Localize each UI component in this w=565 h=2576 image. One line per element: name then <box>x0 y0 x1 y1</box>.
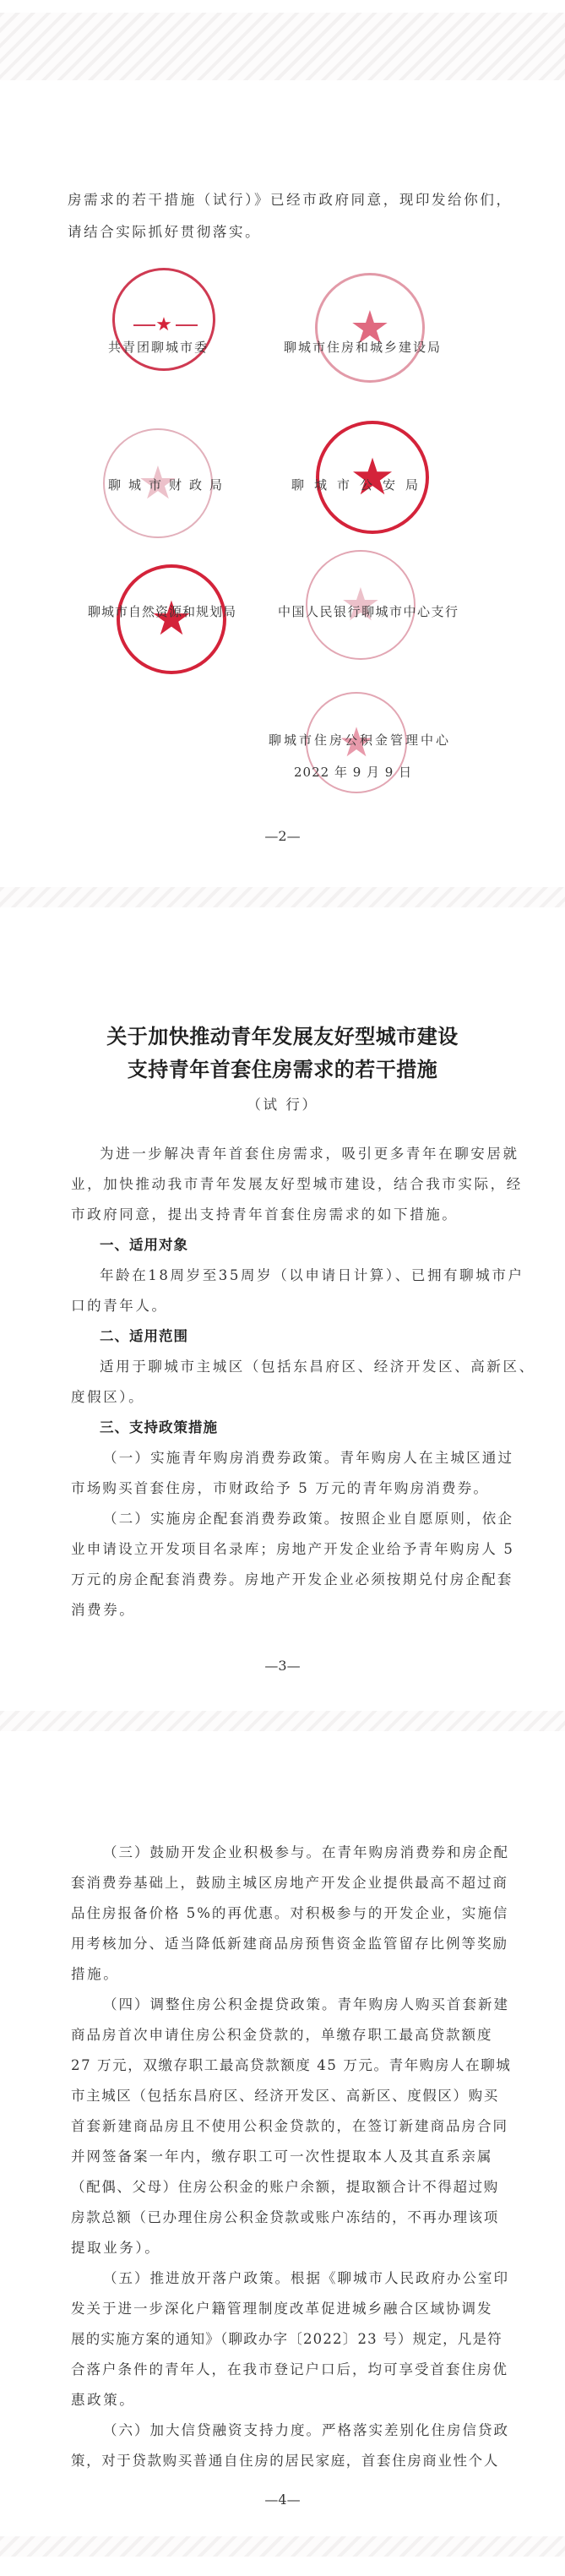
paragraph-line: 业申请设立开发项目名录库；房地产开发企业给予青年购房人 5 <box>71 1538 514 1558</box>
paragraph-line: 房款总额（已办理住房公积金贷款或账户冻结的，不再办理该项 <box>71 2206 499 2226</box>
paragraph-line: 口的青年人。 <box>71 1294 168 1315</box>
section-heading: 二、适用范围 <box>100 1325 188 1345</box>
paragraph-line: （四）调整住房公积金提贷政策。青年购房人购买首套新建 <box>103 1993 509 2013</box>
paragraph-line: 消费券。 <box>71 1598 135 1619</box>
paragraph-line: 并网签备案一年内，缴存职工可一次性提取本人及其直系亲属 <box>71 2145 493 2165</box>
section-heading: 三、支持政策措施 <box>100 1416 218 1436</box>
document-page-4: （三）鼓励开发企业积极参与。在青年购房消费券和房企配 套消费券基础上，鼓励主城区… <box>0 1731 565 2536</box>
paragraph-line: 策，对于贷款购买普通自住房的居民家庭，首套住房商业性个人 <box>71 2449 499 2470</box>
signatory-name: 中国人民银行聊城市中心支行 <box>278 602 459 620</box>
paragraph-line: （五）推进放开落户政策。根据《聊城市人民政府办公室印 <box>103 2267 509 2287</box>
signatory-name: 聊城市住房公积金管理中心 <box>269 731 451 749</box>
paragraph-line: 市场购买首套住房，市财政给予 5 万元的青年购房消费券。 <box>71 1477 489 1497</box>
star-icon: ★ <box>155 316 172 335</box>
intro-line: 房需求的若干措施（试行）》已经市政府同意，现印发给你们， <box>68 188 513 209</box>
paragraph-line: 合落户条件的青年人，在我市登记户口后，均可享受首套住房优 <box>71 2358 508 2378</box>
page-separator <box>0 887 565 907</box>
section-heading: 一、适用对象 <box>100 1234 188 1254</box>
paragraph-line: （二）实施房企配套消费券政策。按照企业自愿原则，依企 <box>103 1507 513 1528</box>
signatory-name: 共青团聊城市委 <box>108 338 209 356</box>
preamble-line: 业，加快推动我市青年发展友好型城市建设，结合我市实际，经 <box>71 1173 523 1193</box>
preamble-line: 为进一步解决青年首套住房需求，吸引更多青年在聊安居就 <box>100 1142 519 1163</box>
paragraph-line: 适用于聊城市主城区（包括东昌府区、经济开发区、高新区、 <box>100 1355 535 1375</box>
paragraph-line: 商品房首次申请住房公积金贷款的，单缴存职工最高贷款额度 <box>71 2023 493 2044</box>
intro-line: 请结合实际抓好贯彻落实。 <box>68 221 261 241</box>
paragraph-line: 套消费券基础上，鼓励主城区房地产开发企业提供最高不超过商 <box>71 1871 508 1892</box>
document-title-line2: 支持青年首套住房需求的若干措施 <box>0 1053 565 1082</box>
paragraph-line: （配偶、父母）住房公积金的账户余额，提取额合计不得超过购 <box>71 2176 499 2196</box>
signatory-name: 聊城市自然资源和规划局 <box>88 602 236 620</box>
signatory-name: 聊城市财政局 <box>108 476 230 493</box>
paragraph-line: 品住房报备价格 5%的再优惠。对积极参与的开发企业，实施信 <box>71 1902 508 1922</box>
paragraph-line: 度假区）。 <box>71 1386 144 1406</box>
page-number: —2— <box>0 828 565 844</box>
preamble-line: 市政府同意，提出支持青年首套住房需求的如下措施。 <box>71 1203 458 1223</box>
paragraph-line: 年龄在18周岁至35周岁（以申请日计算）、已拥有聊城市户 <box>100 1264 524 1284</box>
official-seal: ★ <box>315 273 425 383</box>
signatory-name: 聊城市住房和城乡建设局 <box>284 338 442 356</box>
page-separator <box>0 13 565 80</box>
document-page-3: 关于加快推动青年发展友好型城市建设 支持青年首套住房需求的若干措施 （试 行） … <box>0 907 565 1711</box>
page-separator <box>0 2536 565 2557</box>
paragraph-line: 措施。 <box>71 1963 119 1983</box>
signatory-name: 聊城市公安局 <box>291 476 428 493</box>
paragraph-line: （一）实施青年购房消费券政策。青年购房人在主城区通过 <box>103 1446 513 1467</box>
document-date: 2022 年 9 月 9 日 <box>294 763 412 781</box>
paragraph-line: （六）加大信贷融资支持力度。严格落实差别化住房信贷政 <box>103 2419 509 2439</box>
page-number: —3— <box>0 1658 565 1674</box>
paragraph-line: 惠政策。 <box>71 2388 135 2409</box>
paragraph-line: 提取业务）。 <box>71 2236 160 2257</box>
paragraph-line: 发关于进一步深化户籍管理制度改革促进城乡融合区域协调发 <box>71 2297 493 2317</box>
document-title-line1: 关于加快推动青年发展友好型城市建设 <box>0 1020 565 1049</box>
paragraph-line: 展的实施方案的通知》（聊政办字〔2022〕23 号）规定，凡是符 <box>71 2328 503 2348</box>
paragraph-line: 首套新建商品房且不使用公积金贷款的，在签订新建商品房合同 <box>71 2115 508 2135</box>
paragraph-line: 用考核加分、适当降低新建商品房预售资金监管留存比例等奖励 <box>71 1932 508 1952</box>
paragraph-line: 27 万元，双缴存职工最高贷款额度 45 万元。青年购房人在聊城 <box>71 2054 511 2074</box>
document-subtitle: （试 行） <box>0 1093 565 1114</box>
paragraph-line: 市主城区（包括东昌府区、经济开发区、高新区、度假区）购买 <box>71 2084 499 2105</box>
document-page-2: 房需求的若干措施（试行）》已经市政府同意，现印发给你们， 请结合实际抓好贯彻落实… <box>0 80 565 887</box>
paragraph-line: （三）鼓励开发企业积极参与。在青年购房消费券和房企配 <box>103 1841 509 1861</box>
page-number: —4— <box>0 2492 565 2508</box>
paragraph-line: 万元的房企配套消费券。房地产开发企业必须按期兑付房企配套 <box>71 1568 513 1588</box>
page-separator <box>0 1711 565 1731</box>
